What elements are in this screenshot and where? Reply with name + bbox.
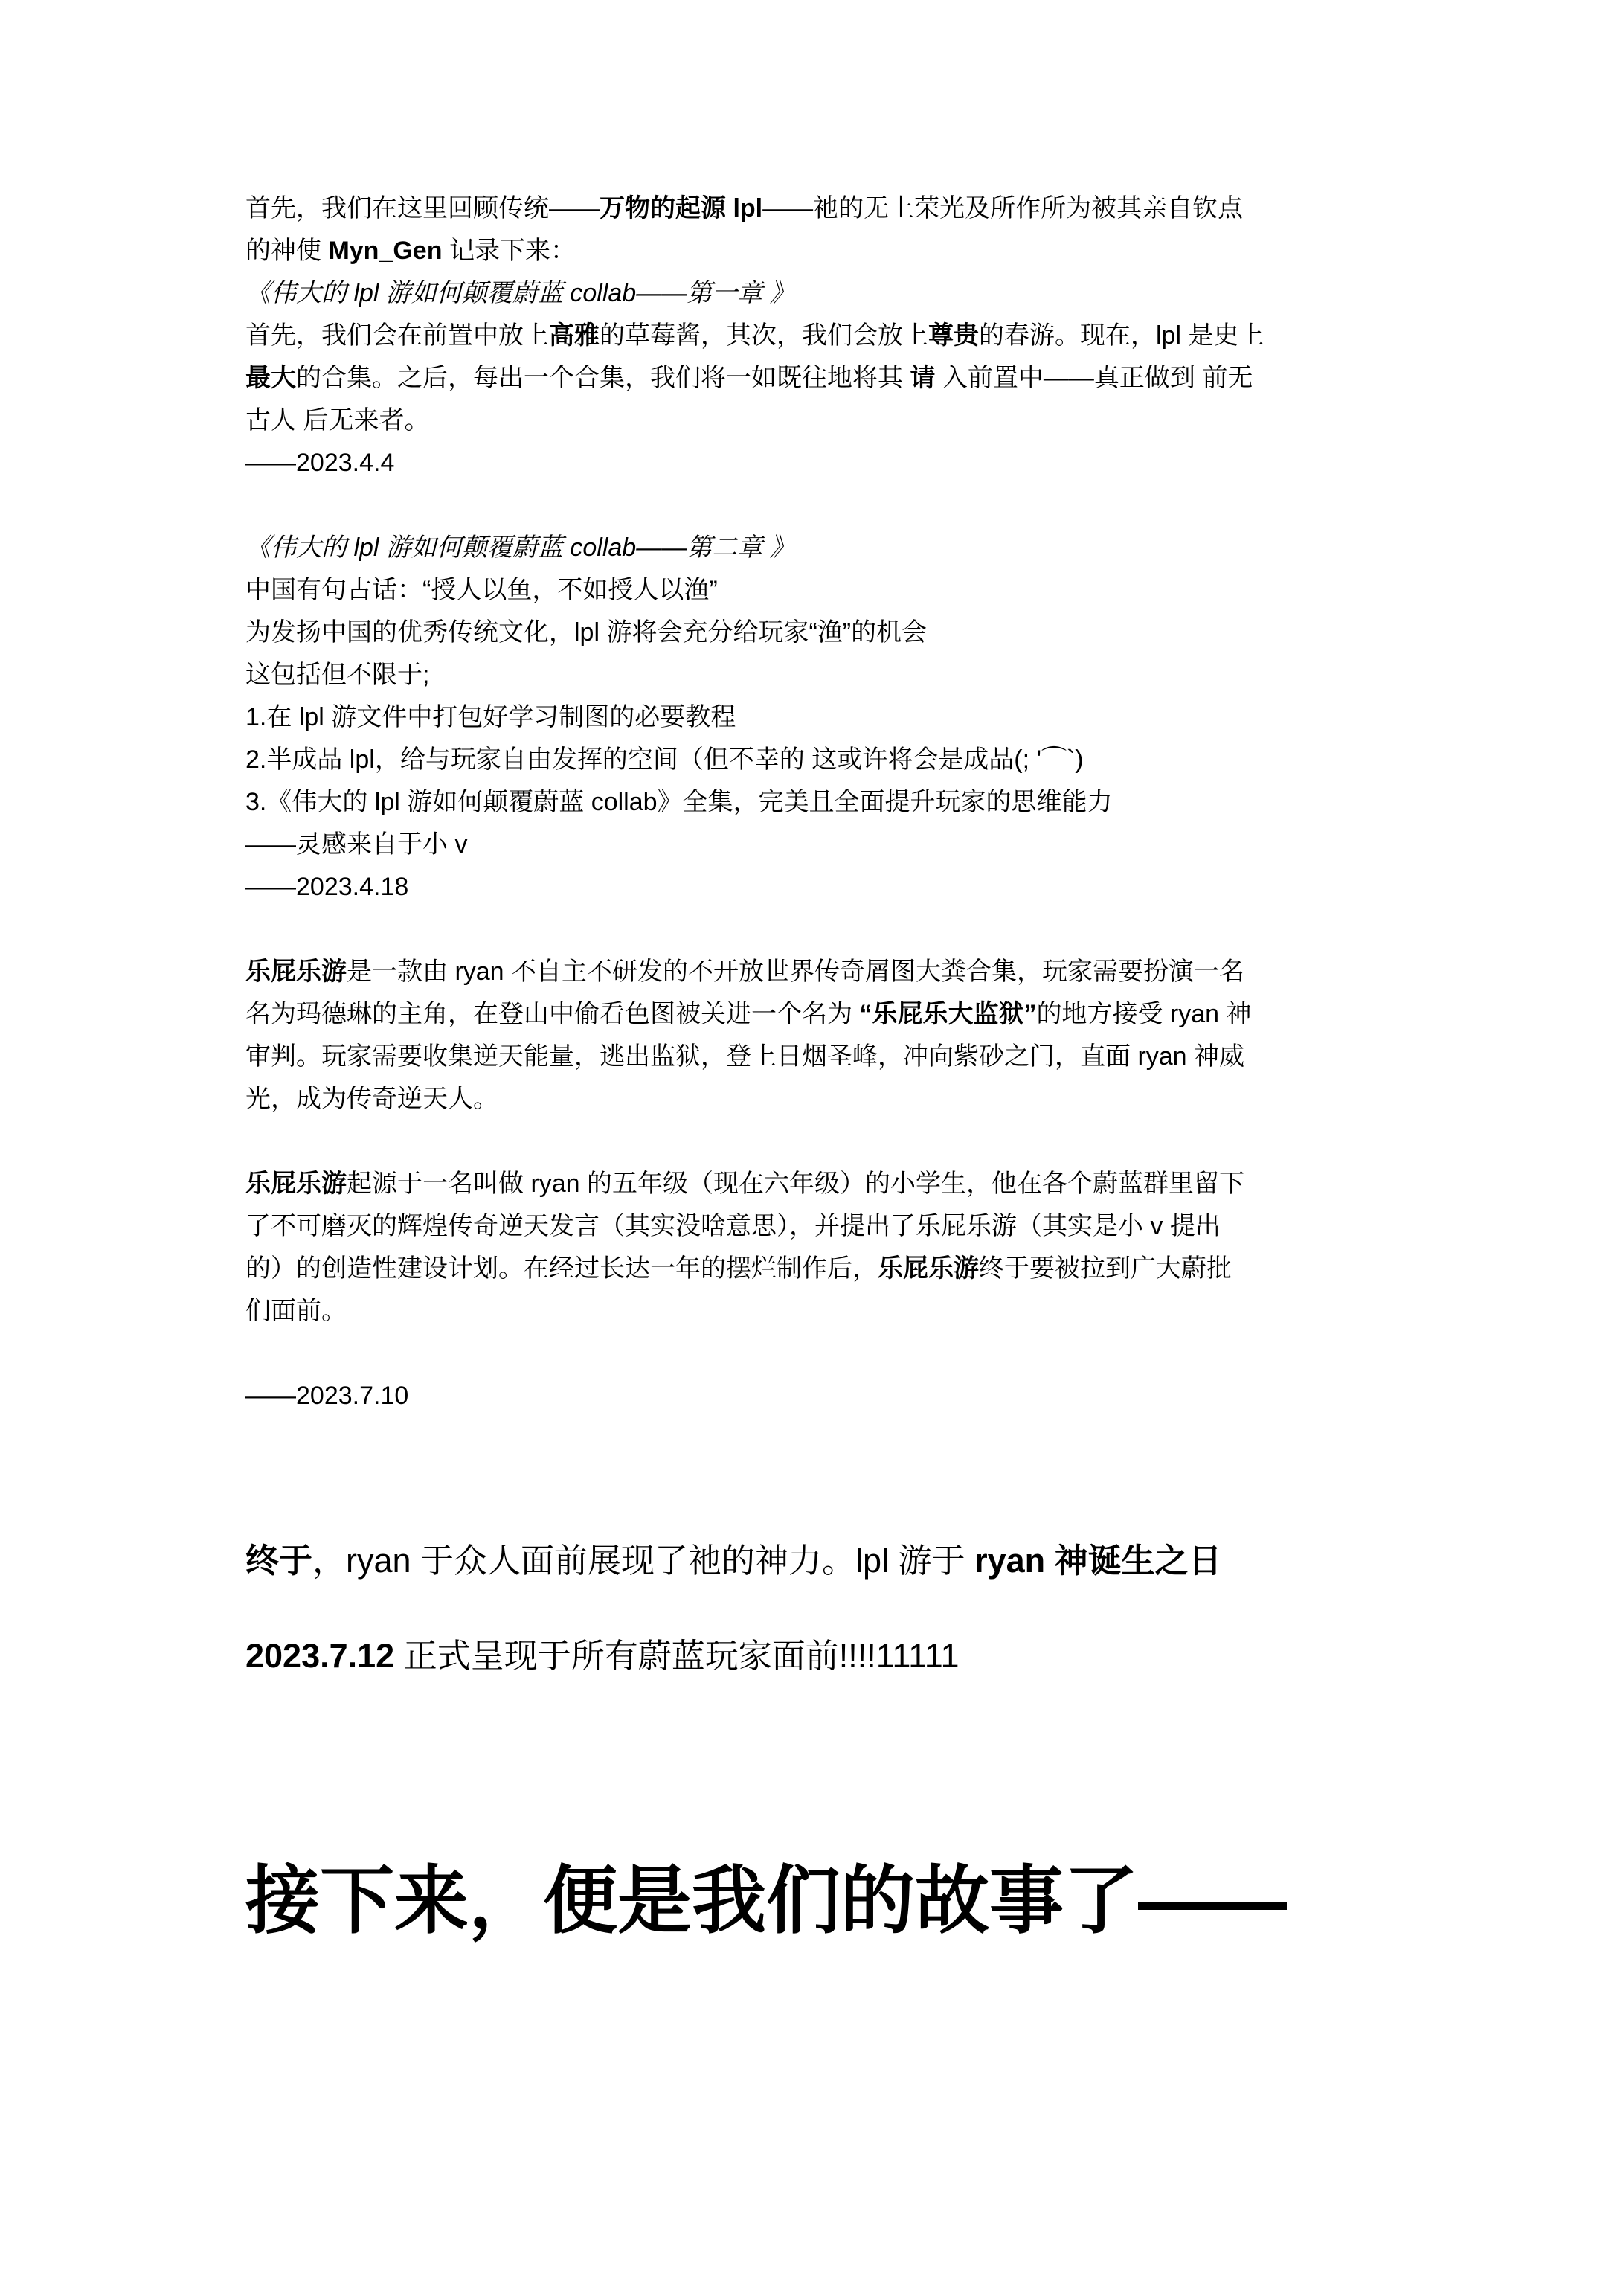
text-line: 《伟大的 lpl 游如何颠覆蔚蓝 collab——第二章 》 [245, 527, 1419, 569]
text-line: 的神使 Myn_Gen 记录下来： [245, 230, 1419, 272]
text-run: 光，成为传奇逆天人。 [245, 1085, 498, 1113]
text-run: 了不可磨灭的辉煌传奇逆天发言（其实没啥意思），并提出了乐屁乐游（其实是小 v 提… [245, 1212, 1221, 1240]
text-line: 首先，我们在这里回顾传统——万物的起源 lpl——祂的无上荣光及所作所为被其亲自… [245, 187, 1419, 230]
text-line: 最大的合集。之后，每出一个合集，我们将一如既往地将其 请 入前置中——真正做到 … [245, 357, 1419, 400]
text-run: ryan 神诞生之日 [974, 1542, 1222, 1580]
text-run: ——2023.4.18 [245, 873, 408, 901]
heading-line: 接下来，便是我们的故事了—— [245, 1852, 1419, 1950]
text-run: 的春游。现在，lpl 是史上 [979, 321, 1264, 350]
text-run: ——灵感来自于小 v [245, 830, 467, 859]
text-line: 1.在 lpl 游文件中打包好学习制图的必要教程 [245, 696, 1419, 739]
text-run: 是一款由 ryan 不自主不研发的不开放世界传奇屑图大粪合集，玩家需要扮演一名 [347, 958, 1244, 986]
text-run: 首先，我们在这里回顾传统—— [245, 194, 600, 222]
text-run: 乐屁乐游 [245, 1170, 347, 1198]
text-run: 入前置中——真正做到 前无 [935, 364, 1253, 392]
spacer [245, 908, 1419, 951]
text-run: ——祂的无上荣光及所作所为被其亲自钦点 [762, 194, 1243, 222]
text-line: 2023.7.12 正式呈现于所有蔚蓝玩家面前!!!!11111 [245, 1632, 1419, 1681]
text-run: 万物的起源 lpl [600, 194, 762, 222]
text-run: 的）的创造性建设计划。在经过长达一年的摆烂制作后， [245, 1254, 878, 1283]
text-line: ——灵感来自于小 v [245, 824, 1419, 866]
text-line: 2.半成品 lpl，给与玩家自由发挥的空间（但不幸的 这或许将会是成品(; '⌒… [245, 739, 1419, 781]
text-line: ——2023.7.10 [245, 1375, 1419, 1417]
text-line: 乐屁乐游是一款由 ryan 不自主不研发的不开放世界传奇屑图大粪合集，玩家需要扮… [245, 951, 1419, 993]
text-line: 这包括但不限于; [245, 654, 1419, 696]
text-run: 乐屁乐游 [878, 1254, 979, 1283]
document-content: 首先，我们在这里回顾传统——万物的起源 lpl——祂的无上荣光及所作所为被其亲自… [245, 187, 1419, 1950]
text-line: 首先，我们会在前置中放上高雅的草莓酱，其次，我们会放上尊贵的春游。现在，lpl … [245, 315, 1419, 357]
text-run: 高雅 [549, 321, 600, 350]
text-line: ——2023.4.4 [245, 442, 1419, 484]
spacer [245, 1333, 1419, 1375]
text-run: 首先，我们会在前置中放上 [245, 321, 549, 350]
text-run: “乐屁乐大监狱” [859, 1000, 1036, 1028]
text-run: 1.在 lpl 游文件中打包好学习制图的必要教程 [245, 703, 736, 731]
text-run: 的草莓酱，其次，我们会放上 [600, 321, 928, 350]
text-run: ——2023.4.4 [245, 449, 394, 477]
text-line: 3.《伟大的 lpl 游如何颠覆蔚蓝 collab》全集，完美且全面提升玩家的思… [245, 781, 1419, 824]
text-run: ——2023.7.10 [245, 1382, 408, 1410]
text-run: 《伟大的 lpl 游如何颠覆蔚蓝 collab——第二章 》 [245, 533, 795, 562]
text-line: 的）的创造性建设计划。在经过长达一年的摆烂制作后，乐屁乐游终于要被拉到广大蔚批 [245, 1248, 1419, 1290]
text-run: 的神使 [245, 237, 328, 265]
text-run: 这包括但不限于; [245, 661, 429, 689]
text-run: 的地方接受 ryan 神 [1036, 1000, 1251, 1028]
text-run: 起源于一名叫做 ryan 的五年级（现在六年级）的小学生，他在各个蔚蓝群里留下 [347, 1170, 1244, 1198]
text-run: 《伟大的 lpl 游如何颠覆蔚蓝 collab——第一章 》 [245, 279, 795, 307]
text-line: 古人 后无来者。 [245, 400, 1419, 442]
text-run: 乐屁乐游 [245, 958, 347, 986]
text-run: 请 [910, 364, 935, 392]
text-run: 尊贵 [928, 321, 979, 350]
text-line: 为发扬中国的优秀传统文化，lpl 游将会充分给玩家“渔”的机会 [245, 612, 1419, 654]
text-line: ——2023.4.18 [245, 866, 1419, 908]
text-line: 们面前。 [245, 1290, 1419, 1333]
text-line: 名为玛德琳的主角，在登山中偷看色图被关进一个名为 “乐屁乐大监狱”的地方接受 r… [245, 993, 1419, 1036]
text-line: 审判。玩家需要收集逆天能量，逃出监狱，登上日烟圣峰，冲向紫砂之门，直面 ryan… [245, 1036, 1419, 1078]
text-run: ，ryan 于众人面前展现了祂的神力。lpl 游于 [312, 1542, 974, 1580]
text-line: 中国有句古话：“授人以鱼，不如授人以渔” [245, 569, 1419, 612]
text-run: 为发扬中国的优秀传统文化，lpl 游将会充分给玩家“渔”的机会 [245, 618, 927, 647]
text-run: Myn_Gen [328, 237, 442, 265]
spacer [245, 1681, 1419, 1852]
text-run: 们面前。 [245, 1297, 347, 1325]
text-run: 最大 [245, 364, 296, 392]
text-run: 中国有句古话：“授人以鱼，不如授人以渔” [245, 576, 718, 604]
text-run: 的合集。之后，每出一个合集，我们将一如既往地将其 [296, 364, 910, 392]
text-run: 正式呈现于所有蔚蓝玩家面前!!!!11111 [394, 1637, 959, 1675]
text-run: 2.半成品 lpl，给与玩家自由发挥的空间（但不幸的 这或许将会是成品(; '⌒… [245, 745, 1084, 774]
text-run: 古人 后无来者。 [245, 406, 429, 434]
text-run: 名为玛德琳的主角，在登山中偷看色图被关进一个名为 [245, 1000, 859, 1028]
text-run: 接下来，便是我们的故事了—— [245, 1859, 1287, 1943]
spacer [245, 1120, 1419, 1163]
text-line: 了不可磨灭的辉煌传奇逆天发言（其实没啥意思），并提出了乐屁乐游（其实是小 v 提… [245, 1205, 1419, 1248]
spacer [245, 484, 1419, 527]
spacer [245, 1417, 1419, 1536]
text-run: 2023.7.12 [245, 1637, 394, 1675]
text-run: 终于要被拉到广大蔚批 [979, 1254, 1232, 1283]
text-line: 《伟大的 lpl 游如何颠覆蔚蓝 collab——第一章 》 [245, 272, 1419, 315]
text-run: 3.《伟大的 lpl 游如何颠覆蔚蓝 collab》全集，完美且全面提升玩家的思… [245, 788, 1113, 816]
text-line: 乐屁乐游起源于一名叫做 ryan 的五年级（现在六年级）的小学生，他在各个蔚蓝群… [245, 1163, 1419, 1205]
text-line: 光，成为传奇逆天人。 [245, 1078, 1419, 1120]
text-run: 审判。玩家需要收集逆天能量，逃出监狱，登上日烟圣峰，冲向紫砂之门，直面 ryan… [245, 1042, 1244, 1071]
text-run: 记录下来： [443, 237, 576, 265]
text-run: 终于 [245, 1542, 312, 1580]
text-line: 终于，ryan 于众人面前展现了祂的神力。lpl 游于 ryan 神诞生之日 [245, 1536, 1419, 1585]
